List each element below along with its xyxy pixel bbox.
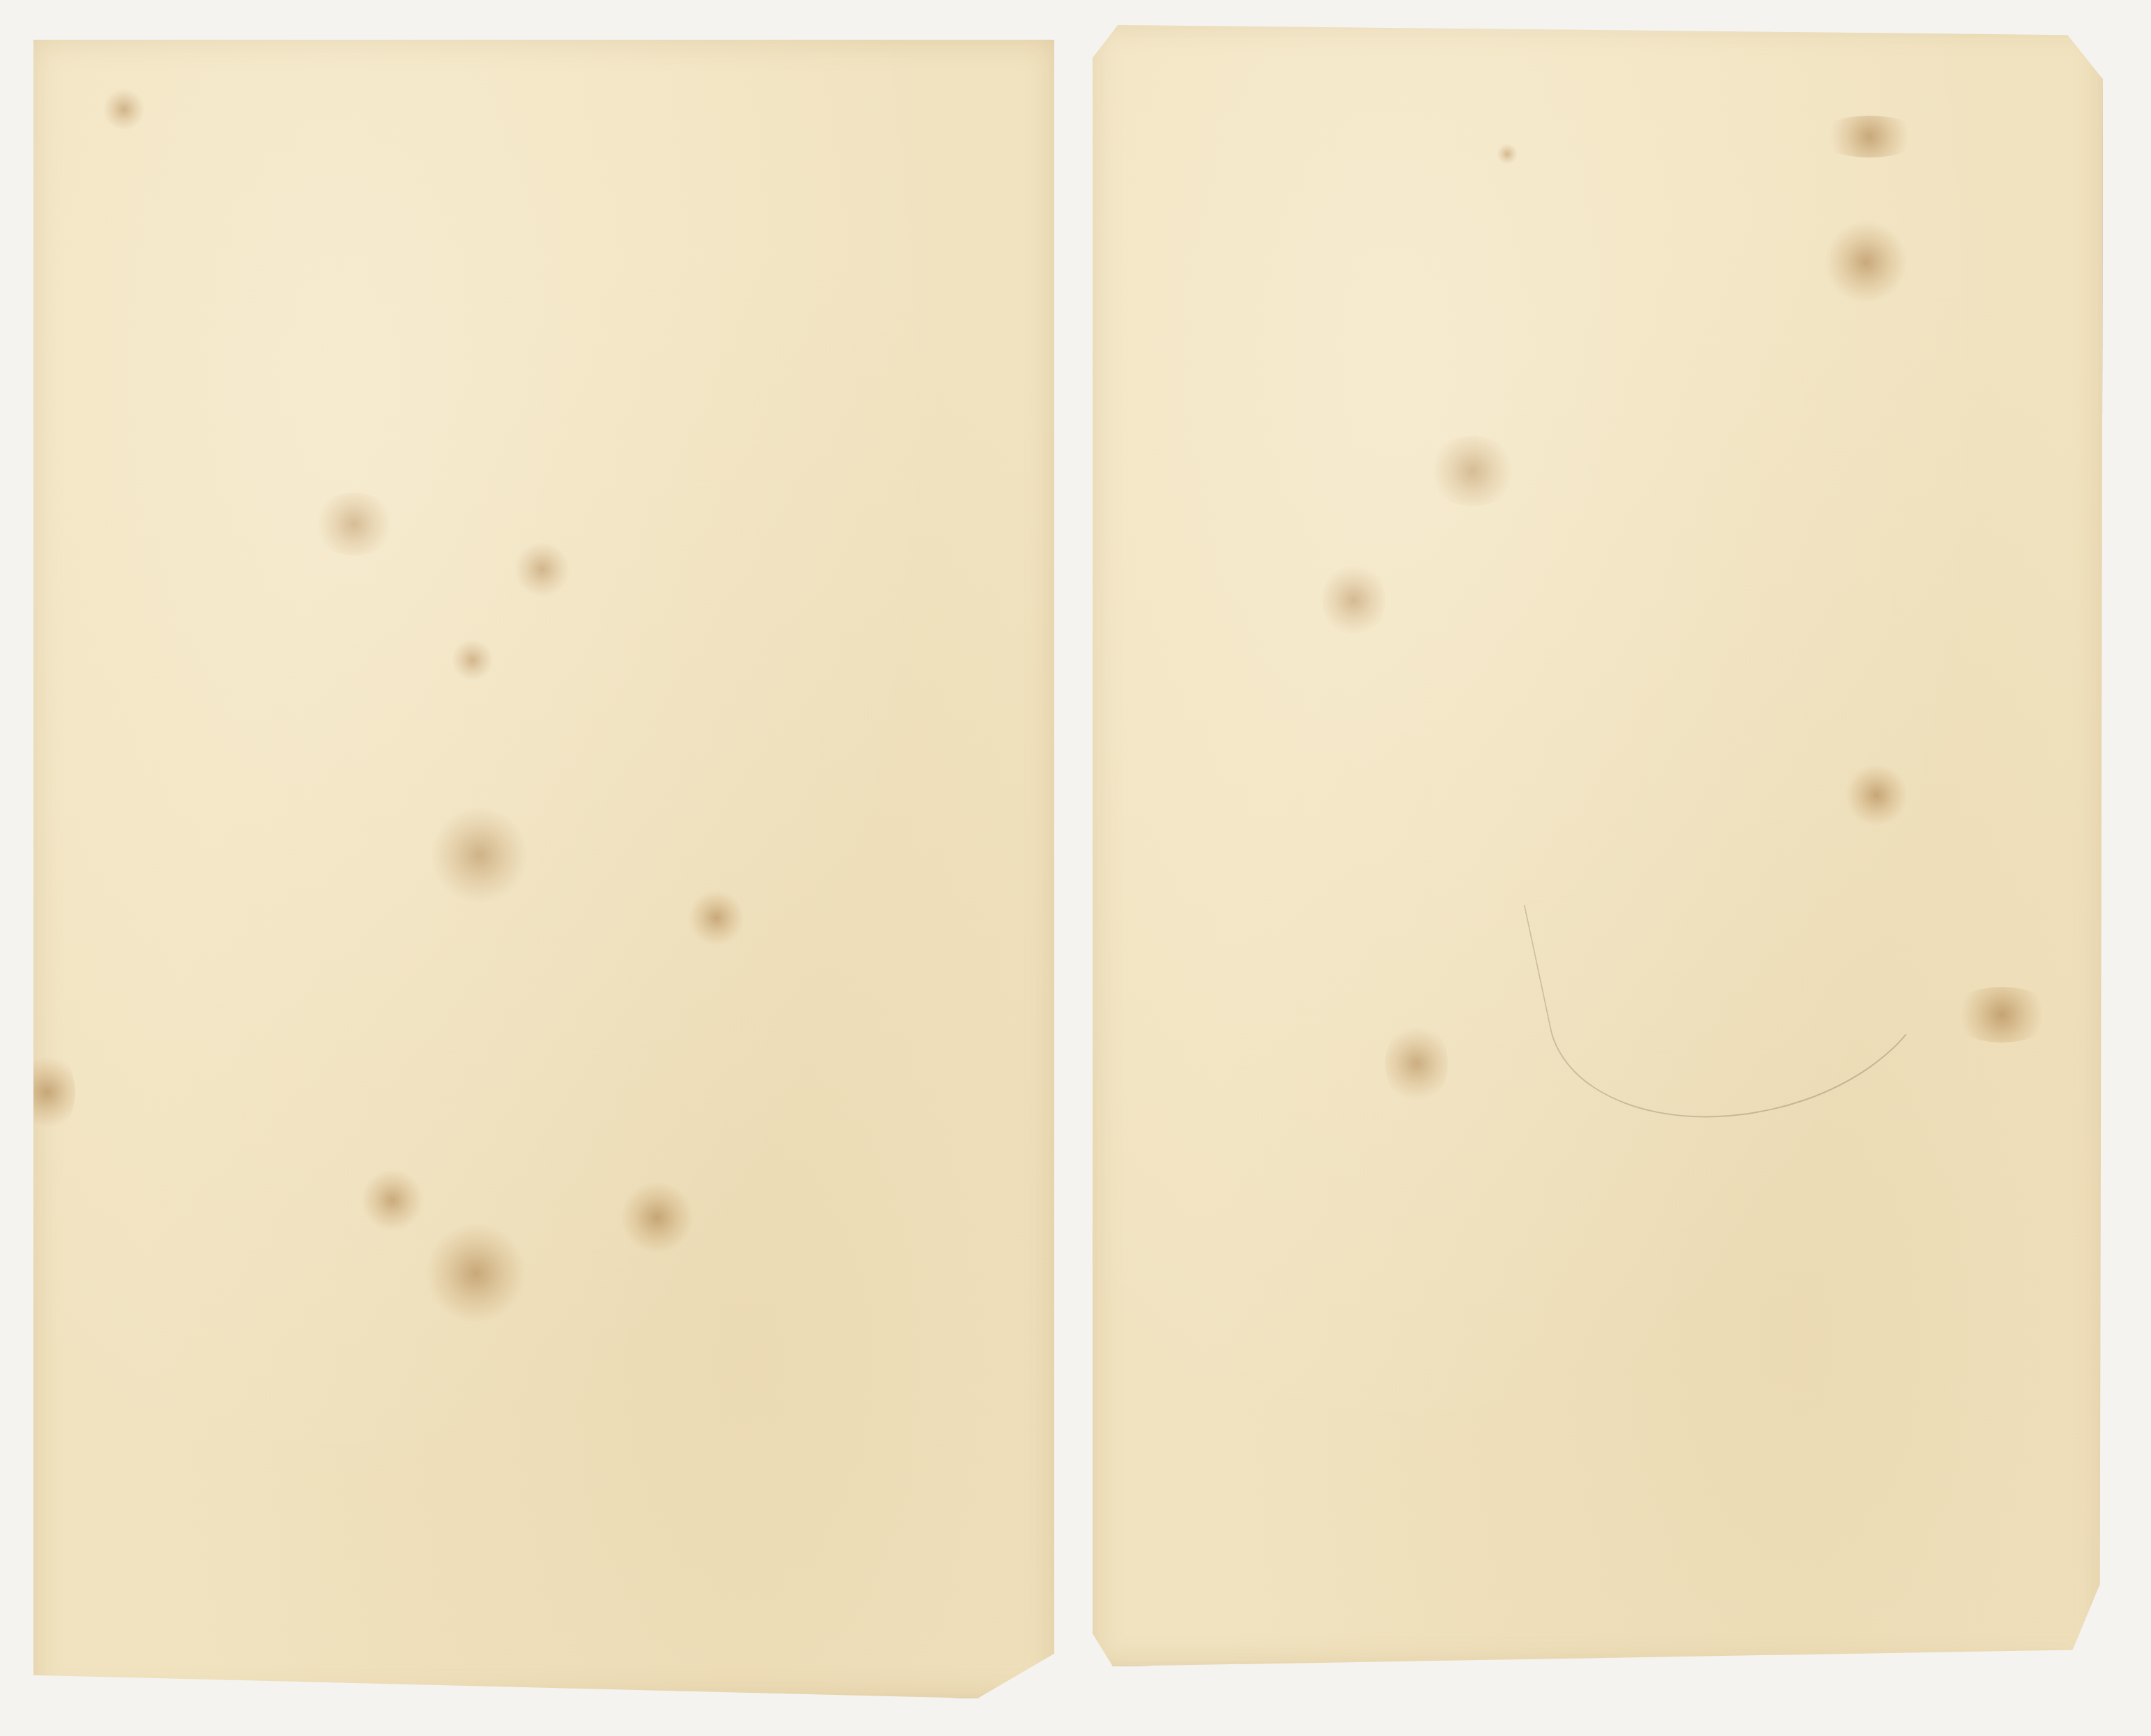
- foxing-stain: [20, 1050, 75, 1134]
- foxing-stain: [1817, 116, 1922, 158]
- foxing-stain: [424, 1224, 528, 1322]
- foxing-stain: [1845, 764, 1908, 827]
- foxing-stain: [1950, 987, 2054, 1043]
- foxing-stain: [103, 89, 145, 130]
- foxing-stain: [1323, 562, 1385, 638]
- foxing-stain: [312, 493, 396, 555]
- foxing-stain: [514, 541, 570, 597]
- foxing-stain: [1497, 144, 1518, 164]
- foxing-stain: [688, 890, 744, 946]
- foxing-stain: [1824, 220, 1908, 304]
- right-card: [1093, 25, 2103, 1666]
- foxing-stain: [1385, 1022, 1448, 1105]
- foxing-stain: [1427, 436, 1518, 506]
- foxing-stain: [431, 806, 528, 904]
- pencil-mark: [1524, 823, 1961, 1151]
- foxing-stain: [619, 1183, 695, 1252]
- left-card: [33, 40, 1054, 1698]
- foxing-stain: [452, 639, 493, 681]
- foxing-stain: [361, 1169, 424, 1231]
